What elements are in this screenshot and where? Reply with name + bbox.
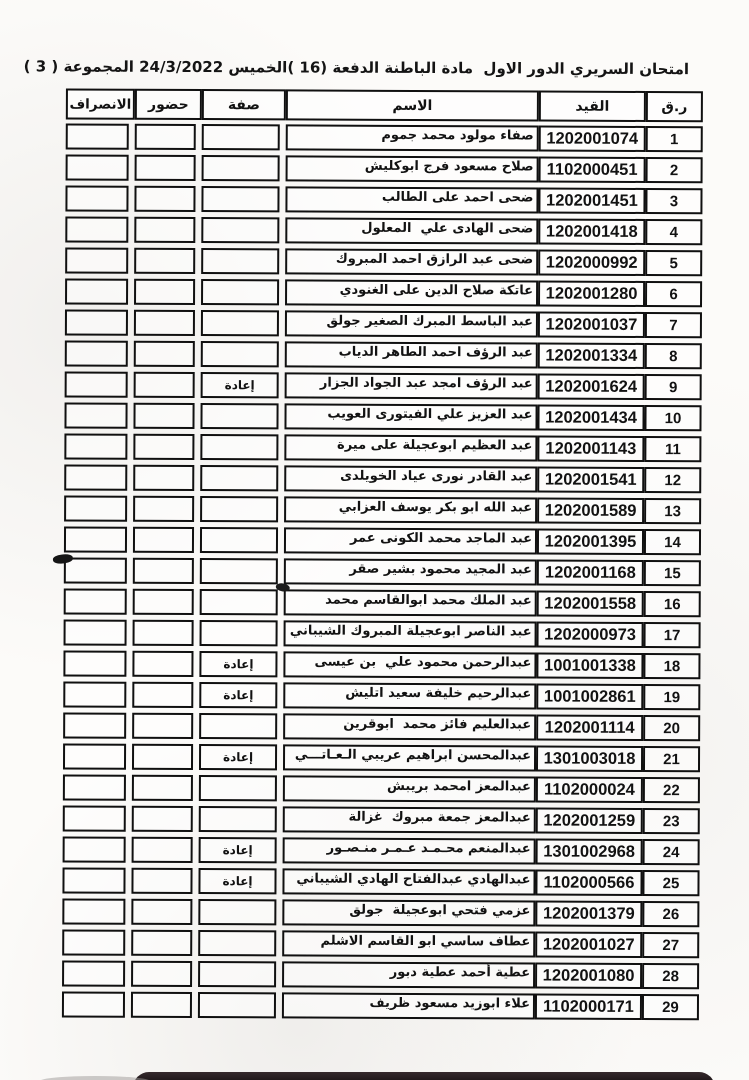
attendance-cell xyxy=(134,310,195,336)
student-id-cell: 1202001334 xyxy=(538,343,645,369)
attendance-cell xyxy=(133,620,194,646)
table-row: 11 1202001143 عبد العظيم ابوعجيلة على مي… xyxy=(64,433,701,467)
row-number-cell: 27 xyxy=(642,932,699,958)
departure-cell xyxy=(62,991,125,1017)
departure-cell xyxy=(64,526,127,552)
status-cell xyxy=(198,899,276,925)
table-row: 2 1102000451 صلاح مسعود فرج ابوكليش xyxy=(66,154,703,188)
student-id-cell: 1202001451 xyxy=(538,188,645,214)
table-row: 1 1202001074 صفاء مولود محمد جموم xyxy=(66,123,703,157)
table-header-row: ر.ق القيد الاسم صفة حضور الانصراف xyxy=(66,88,703,122)
table-body: 1 1202001074 صفاء مولود محمد جموم 2 1102… xyxy=(62,123,703,1025)
table-row: 17 1202000973 عبد الناصر ابوعجيلة المبرو… xyxy=(64,619,701,653)
table-row: 3 1202001451 ضحى احمد على الطالب xyxy=(65,185,702,219)
status-cell xyxy=(198,961,276,987)
header-status: صفة xyxy=(202,89,286,120)
attendance-cell xyxy=(132,775,193,801)
status-cell xyxy=(198,930,276,956)
attendance-cell xyxy=(133,434,194,460)
attendance-cell xyxy=(134,217,195,243)
row-number-cell: 4 xyxy=(645,219,702,245)
departure-cell xyxy=(63,774,126,800)
attendance-cell xyxy=(131,930,192,956)
attendance-cell xyxy=(131,868,192,894)
row-number-cell: 25 xyxy=(642,870,699,896)
student-name-cell: عطاف ساسي ابو القاسم الاشلم xyxy=(282,930,535,957)
row-number-cell: 7 xyxy=(645,312,702,338)
student-name-cell: عاتكة صلاح الدين على الغنودي xyxy=(285,279,538,306)
row-number-cell: 18 xyxy=(643,653,700,679)
attendance-cell xyxy=(131,961,192,987)
attendance-cell xyxy=(132,713,193,739)
row-number-cell: 8 xyxy=(645,343,702,369)
departure-cell xyxy=(64,588,127,614)
row-number-cell: 2 xyxy=(646,157,703,183)
student-id-cell: 1202001558 xyxy=(537,591,644,617)
table-row: 28 1202001080 عطية أحمد عطية دبور xyxy=(62,960,699,994)
departure-cell xyxy=(65,185,128,211)
departure-cell xyxy=(66,123,129,149)
table-row: 10 1202001434 عبد العزيز علي الفيتورى ال… xyxy=(64,402,701,436)
student-id-cell: 1202001074 xyxy=(539,126,646,152)
status-cell xyxy=(200,620,278,646)
header-departure: الانصراف xyxy=(66,88,135,119)
student-name-cell: عزمي فتحي ابوعجيلة جولق xyxy=(282,899,535,926)
student-id-cell: 1202001379 xyxy=(535,901,642,927)
student-name-cell: صفاء مولود محمد جموم xyxy=(286,124,539,151)
student-id-cell: 1202001114 xyxy=(536,715,643,741)
student-name-cell: عبدالمعز جمعة مبروك غزالة xyxy=(283,806,536,833)
student-name-cell: عبد الملك محمد ابوالقاسم محمد xyxy=(284,589,537,616)
document-title: امتحان السريري الدور الاول مادة الباطنة … xyxy=(50,57,689,78)
student-name-cell: عبدالمنعم محـمـد عـمـر منـصـور xyxy=(283,837,536,864)
status-cell xyxy=(202,155,280,181)
attendance-cell xyxy=(134,372,195,398)
student-id-cell: 1102000171 xyxy=(535,994,642,1020)
attendance-cell xyxy=(133,589,194,615)
student-name-cell: عبدالرحمن محمود علي بن عيسى xyxy=(283,651,536,678)
status-cell xyxy=(200,527,278,553)
status-cell xyxy=(200,558,278,584)
departure-cell xyxy=(62,867,125,893)
student-id-cell: 1202001589 xyxy=(537,498,644,524)
table-row: 27 1202001027 عطاف ساسي ابو القاسم الاشل… xyxy=(62,929,699,963)
student-id-cell: 1202001037 xyxy=(538,312,645,338)
attendance-cell xyxy=(131,992,192,1018)
student-name-cell: عبد الماجد محمد الكونى عمر xyxy=(284,527,537,554)
student-name-cell: عبدالمعز امحمد بريبش xyxy=(283,775,536,802)
table-row: 7 1202001037 عبد الباسط المبرك الصغير جو… xyxy=(65,309,702,343)
status-cell: إعادة xyxy=(199,744,277,770)
status-cell xyxy=(201,279,279,305)
table-row: 4 1202001418 ضحى الهادى علي المعلول xyxy=(65,216,702,250)
status-cell xyxy=(199,806,277,832)
student-name-cell: عبد الله ابو بكر يوسف العزابي xyxy=(284,496,537,523)
status-cell: إعادة xyxy=(198,868,276,894)
status-cell xyxy=(200,403,278,429)
departure-cell xyxy=(66,154,129,180)
attendance-cell xyxy=(131,899,192,925)
student-id-cell: 1001002861 xyxy=(536,684,643,710)
row-number-cell: 28 xyxy=(642,963,699,989)
student-name-cell: عبد الباسط المبرك الصغير جولق xyxy=(285,310,538,337)
row-number-cell: 21 xyxy=(643,746,700,772)
student-name-cell: صلاح مسعود فرج ابوكليش xyxy=(286,155,539,182)
header-attendance: حضور xyxy=(135,89,202,120)
header-name: الاسم xyxy=(286,89,539,121)
table-row: 13 1202001589 عبد الله ابو بكر يوسف العز… xyxy=(64,495,701,529)
departure-cell xyxy=(64,619,127,645)
student-id-cell: 1202001418 xyxy=(538,219,645,245)
student-name-cell: عبد الرؤف احمد الطاهر الدياب xyxy=(285,341,538,368)
row-number-cell: 1 xyxy=(646,126,703,152)
status-cell: إعادة xyxy=(199,651,277,677)
departure-cell xyxy=(64,464,127,490)
table-row: 23 1202001259 عبدالمعز جمعة مبروك غزالة xyxy=(63,805,700,839)
row-number-cell: 29 xyxy=(642,994,699,1020)
departure-cell xyxy=(65,371,128,397)
student-id-cell: 1301003018 xyxy=(536,746,643,772)
departure-cell xyxy=(63,712,126,738)
attendance-cell xyxy=(133,558,194,584)
student-id-cell: 1202000992 xyxy=(538,250,645,276)
departure-cell xyxy=(62,960,125,986)
student-id-cell: 1202001143 xyxy=(537,436,644,462)
student-name-cell: عبد الرؤف امجد عبد الجواد الجزار xyxy=(285,372,538,399)
student-id-cell: 1102000566 xyxy=(535,870,642,896)
departure-cell xyxy=(63,681,126,707)
scanned-document-page: امتحان السريري الدور الاول مادة الباطنة … xyxy=(0,0,749,1080)
table-row: 18 1001001338 عبدالرحمن محمود علي بن عيس… xyxy=(63,650,700,684)
student-id-cell: 1202001168 xyxy=(537,560,644,586)
student-name-cell: ضحى الهادى علي المعلول xyxy=(285,217,538,244)
student-name-cell: عطية أحمد عطية دبور xyxy=(282,961,535,988)
status-cell: إعادة xyxy=(199,682,277,708)
departure-cell xyxy=(64,402,127,428)
attendance-cell xyxy=(132,806,193,832)
row-number-cell: 3 xyxy=(645,188,702,214)
student-name-cell: عبد العزيز علي الفيتورى العويب xyxy=(284,403,537,430)
table-row: 24 1301002968 عبدالمنعم محـمـد عـمـر منـ… xyxy=(63,836,700,870)
departure-cell xyxy=(63,836,126,862)
attendance-cell xyxy=(133,496,194,522)
attendance-cell xyxy=(134,341,195,367)
student-id-cell: 1202001080 xyxy=(535,963,642,989)
departure-cell xyxy=(64,495,127,521)
attendance-cell xyxy=(132,837,193,863)
attendance-cell xyxy=(132,744,193,770)
student-name-cell: عبدالهادي عبدالفتاح الهادي الشيباني xyxy=(282,868,535,895)
status-cell xyxy=(201,217,279,243)
header-row-number: ر.ق xyxy=(646,91,703,122)
row-number-cell: 19 xyxy=(643,684,700,710)
attendance-cell xyxy=(134,186,195,212)
table-row: 20 1202001114 عبدالعليم فائز محمد ابوقري… xyxy=(63,712,700,746)
status-cell: إعادة xyxy=(201,372,279,398)
attendance-cell xyxy=(134,248,195,274)
table-row: 15 1202001168 عبد المجيد محمود بشير صقر xyxy=(64,557,701,591)
paper-sheet: امتحان السريري الدور الاول مادة الباطنة … xyxy=(0,0,749,1080)
row-number-cell: 15 xyxy=(644,560,701,586)
attendance-table: ر.ق القيد الاسم صفة حضور الانصراف 1 1202… xyxy=(62,88,703,1025)
row-number-cell: 26 xyxy=(642,901,699,927)
table-row: 29 1102000171 علاء ابوزيد مسعود ظريف xyxy=(62,991,699,1025)
student-id-cell: 1301002968 xyxy=(536,839,643,865)
attendance-cell xyxy=(133,403,194,429)
departure-cell xyxy=(65,278,128,304)
row-number-cell: 11 xyxy=(644,436,701,462)
attendance-cell xyxy=(132,682,193,708)
status-cell xyxy=(202,124,280,150)
student-id-cell: 1202001624 xyxy=(538,374,645,400)
departure-cell xyxy=(62,898,125,924)
departure-cell xyxy=(62,929,125,955)
student-name-cell: علاء ابوزيد مسعود ظريف xyxy=(282,992,535,1019)
table-row: 14 1202001395 عبد الماجد محمد الكونى عمر xyxy=(64,526,701,560)
row-number-cell: 9 xyxy=(645,374,702,400)
student-id-cell: 1202001395 xyxy=(537,529,644,555)
student-id-cell: 1202001434 xyxy=(537,405,644,431)
table-row: 26 1202001379 عزمي فتحي ابوعجيلة جولق xyxy=(62,898,699,932)
student-name-cell: عبد العظيم ابوعجيلة على ميرة xyxy=(284,434,537,461)
student-name-cell: عبد القادر نورى عياد الخويلدى xyxy=(284,465,537,492)
student-name-cell: ضحى احمد على الطالب xyxy=(285,186,538,213)
status-cell xyxy=(199,713,277,739)
row-number-cell: 23 xyxy=(643,808,700,834)
scanner-edge-shadow xyxy=(133,1072,715,1080)
departure-cell xyxy=(65,309,128,335)
student-id-cell: 1202001541 xyxy=(537,467,644,493)
status-cell xyxy=(200,496,278,522)
student-id-cell: 1202001280 xyxy=(538,281,645,307)
row-number-cell: 24 xyxy=(643,839,700,865)
attendance-cell xyxy=(134,279,195,305)
table-row: 12 1202001541 عبد القادر نورى عياد الخوي… xyxy=(64,464,701,498)
status-cell xyxy=(198,992,276,1018)
departure-cell xyxy=(63,650,126,676)
row-number-cell: 13 xyxy=(644,498,701,524)
status-cell xyxy=(200,589,278,615)
header-student-id: القيد xyxy=(539,91,646,122)
row-number-cell: 14 xyxy=(644,529,701,555)
status-cell xyxy=(201,248,279,274)
row-number-cell: 20 xyxy=(643,715,700,741)
status-cell xyxy=(200,465,278,491)
table-row: 22 1102000024 عبدالمعز امحمد بريبش xyxy=(63,774,700,808)
row-number-cell: 17 xyxy=(644,622,701,648)
status-cell xyxy=(201,341,279,367)
row-number-cell: 5 xyxy=(645,250,702,276)
departure-cell xyxy=(63,743,126,769)
table-row: 9 1202001624 عبد الرؤف امجد عبد الجواد ا… xyxy=(65,371,702,405)
table-row: 5 1202000992 ضحى عبد الرازق احمد المبروك xyxy=(65,247,702,281)
departure-cell xyxy=(65,247,128,273)
student-id-cell: 1102000024 xyxy=(536,777,643,803)
student-id-cell: 1001001338 xyxy=(536,653,643,679)
student-id-cell: 1202001259 xyxy=(536,808,643,834)
status-cell: إعادة xyxy=(199,837,277,863)
attendance-cell xyxy=(135,124,196,150)
departure-cell xyxy=(65,340,128,366)
attendance-cell xyxy=(133,527,194,553)
status-cell xyxy=(201,310,279,336)
student-name-cell: عبدالعليم فائز محمد ابوقرين xyxy=(283,713,536,740)
table-row: 25 1102000566 عبدالهادي عبدالفتاح الهادي… xyxy=(62,867,699,901)
attendance-cell xyxy=(133,465,194,491)
departure-cell xyxy=(65,216,128,242)
student-name-cell: عبد الناصر ابوعجيلة المبروك الشيباني xyxy=(284,620,537,647)
table-row: 8 1202001334 عبد الرؤف احمد الطاهر الديا… xyxy=(65,340,702,374)
departure-cell xyxy=(63,805,126,831)
table-row: 6 1202001280 عاتكة صلاح الدين على الغنود… xyxy=(65,278,702,312)
status-cell xyxy=(199,775,277,801)
student-name-cell: عبدالرحيم خليفة سعيد اتليش xyxy=(283,682,536,709)
student-name-cell: ضحى عبد الرازق احمد المبروك xyxy=(285,248,538,275)
student-name-cell: عبدالمحسن ابراهيم عريبي الـعـاتـــي xyxy=(283,744,536,771)
status-cell xyxy=(201,186,279,212)
status-cell xyxy=(200,434,278,460)
student-id-cell: 1102000451 xyxy=(539,157,646,183)
attendance-cell xyxy=(132,651,193,677)
table-row: 19 1001002861 عبدالرحيم خليفة سعيد اتليش… xyxy=(63,681,700,715)
attendance-cell xyxy=(135,155,196,181)
student-name-cell: عبد المجيد محمود بشير صقر xyxy=(284,558,537,585)
student-id-cell: 1202000973 xyxy=(537,622,644,648)
departure-cell xyxy=(64,557,127,583)
row-number-cell: 12 xyxy=(644,467,701,493)
table-row: 16 1202001558 عبد الملك محمد ابوالقاسم م… xyxy=(64,588,701,622)
row-number-cell: 10 xyxy=(644,405,701,431)
row-number-cell: 22 xyxy=(643,777,700,803)
row-number-cell: 16 xyxy=(644,591,701,617)
student-id-cell: 1202001027 xyxy=(535,932,642,958)
departure-cell xyxy=(64,433,127,459)
table-row: 21 1301003018 عبدالمحسن ابراهيم عريبي ال… xyxy=(63,743,700,777)
scanner-edge-smudge xyxy=(40,1076,150,1080)
row-number-cell: 6 xyxy=(645,281,702,307)
